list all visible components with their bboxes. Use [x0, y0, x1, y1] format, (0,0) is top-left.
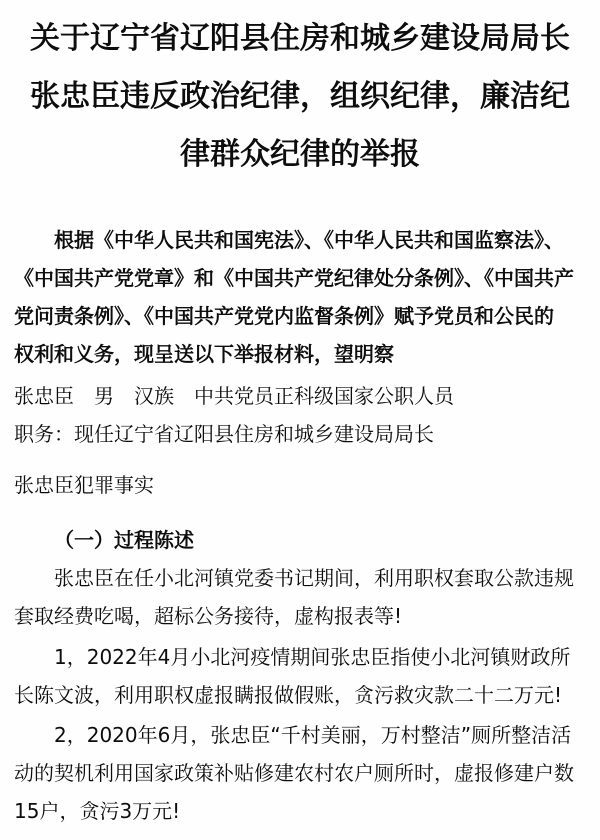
fact-overview-line-2: 套取经费吃喝，超标公务接待，虚构报表等! — [14, 597, 586, 635]
report-title-line-1: 关于辽宁省辽阳县住房和城乡建设局局长 — [14, 10, 586, 68]
subject-identity-line: 张忠臣 男 汉族 中共党员正科级国家公职人员 — [14, 377, 586, 415]
facts-heading: 张忠臣犯罪事实 — [14, 466, 586, 504]
report-title: 关于辽宁省辽阳县住房和城乡建设局局长 张忠臣违反政治纪律，组织纪律，廉洁纪 律群… — [14, 10, 586, 184]
fact-item2-line-1: 2，2020年6月，张忠臣“千村美丽，万村整洁”厕所整洁活 — [14, 716, 586, 754]
subject-position-line: 职务：现任辽宁省辽阳县住房和城乡建设局局长 — [14, 415, 586, 453]
section-heading: （一）过程陈述 — [14, 521, 586, 559]
report-title-line-3: 律群众纪律的举报 — [14, 126, 586, 184]
section-heading-text: （一）过程陈述 — [14, 521, 586, 559]
legal-basis-line-4: 权利和义务，现呈送以下举报材料，望明察 — [14, 335, 586, 373]
fact-paragraph-item-2: 2，2020年6月，张忠臣“千村美丽，万村整洁”厕所整洁活 动的契机利用国家政策… — [14, 716, 586, 830]
report-document-page: 关于辽宁省辽阳县住房和城乡建设局局长 张忠臣违反政治纪律，组织纪律，廉洁纪 律群… — [0, 0, 600, 840]
fact-paragraph-item-1: 1，2022年4月小北河疫情期间张忠臣指使小北河镇财政所 长陈文波，利用职权虚报… — [14, 638, 586, 714]
fact-item1-line-2: 长陈文波，利用职权虚报瞒报做假账，贪污救灾款二十二万元! — [14, 676, 586, 714]
legal-basis-paragraph: 根据《中华人民共和国宪法》、《中华人民共和国监察法》、 《中国共产党党章》和《中… — [14, 221, 586, 373]
report-title-line-2: 张忠臣违反政治纪律，组织纪律，廉洁纪 — [14, 68, 586, 126]
legal-basis-line-2: 《中国共产党党章》和《中国共产党纪律处分条例》、《中国共产 — [14, 259, 586, 297]
legal-basis-line-3: 党问责条例》、《中国共产党党内监督条例》赋予党员和公民的 — [14, 297, 586, 335]
fact-paragraph-overview: 张忠臣在任小北河镇党委书记期间，利用职权套取公款违规 套取经费吃喝，超标公务接待… — [14, 559, 586, 635]
facts-heading-text: 张忠臣犯罪事实 — [14, 466, 586, 504]
fact-item2-line-2: 动的契机利用国家政策补贴修建农村农户厕所时，虚报修建户数 — [14, 754, 586, 792]
fact-overview-line-1: 张忠臣在任小北河镇党委书记期间，利用职权套取公款违规 — [14, 559, 586, 597]
subject-info: 张忠臣 男 汉族 中共党员正科级国家公职人员 职务：现任辽宁省辽阳县住房和城乡建… — [14, 377, 586, 453]
fact-item1-line-1: 1，2022年4月小北河疫情期间张忠臣指使小北河镇财政所 — [14, 638, 586, 676]
legal-basis-line-1: 根据《中华人民共和国宪法》、《中华人民共和国监察法》、 — [14, 221, 586, 259]
fact-item2-line-3: 15户，贪污3万元! — [14, 792, 586, 830]
